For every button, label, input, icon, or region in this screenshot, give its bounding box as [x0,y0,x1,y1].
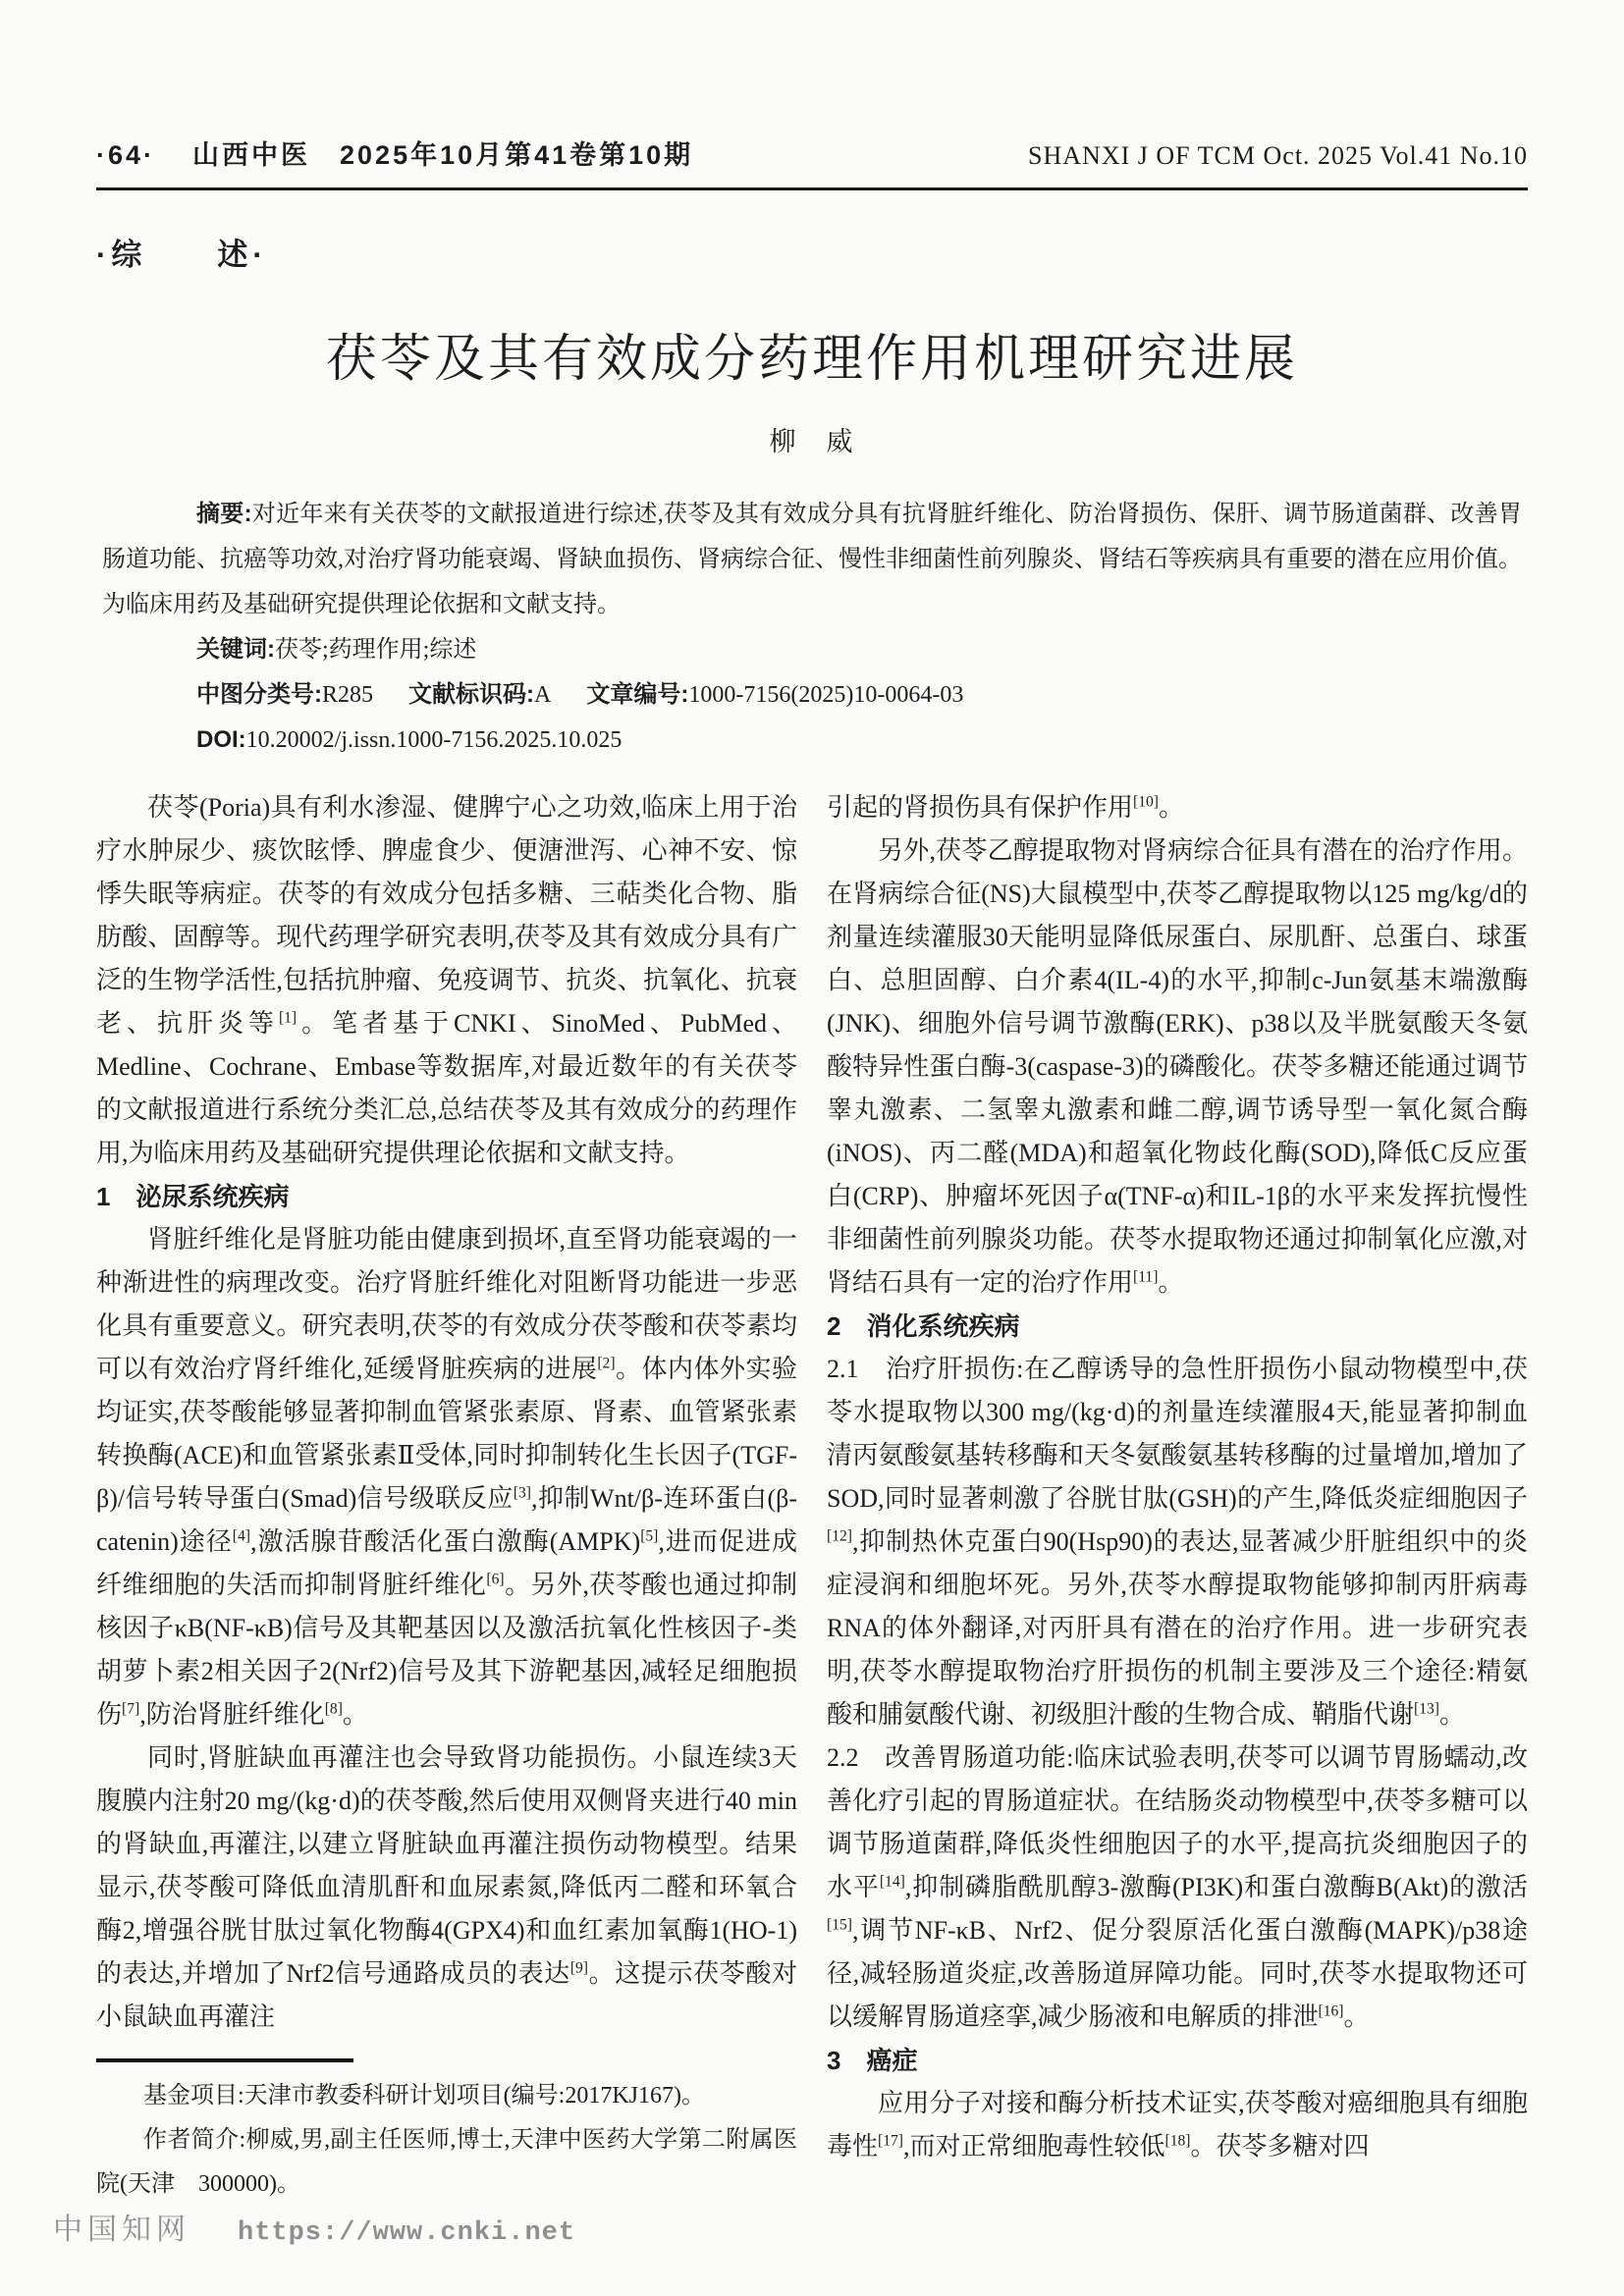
header-left: ·64· 山西中医 2025年10月第41卷第10期 [96,133,693,172]
clc-value: R285 [322,682,373,708]
doc-code-group: 文献标识码:A [408,682,551,708]
abstract-block: 摘要:对近年来有关茯苓的文献报道进行综述,茯苓及其有效成分具有抗肾脏纤维化、防治… [102,492,1522,627]
journal-title-cn: 山西中医 2025年10月第41卷第10期 [192,133,693,172]
fund-note: 基金项目:天津市教委科研计划项目(编号:2017KJ167)。 [96,2074,797,2118]
page-number: ·64· [96,140,155,171]
section-1-paragraph-2: 同时,肾脏缺血再灌注也会导致肾功能损伤。小鼠连续3天腹膜内注射20 mg/(kg… [96,1736,797,2039]
footnote-divider [96,2058,353,2062]
abstract-text: 对近年来有关茯苓的文献报道进行综述,茯苓及其有效成分具有抗肾脏纤维化、防治肾损伤… [102,502,1522,617]
cnki-footer: 中国知网 https://www.cnki.net [53,2205,575,2248]
article-body: 茯苓(Poria)具有利水渗湿、健脾宁心之功效,临床上用于治疗水肿尿少、痰饮眩悸… [96,786,1528,2207]
section-1-paragraph-3: 另外,茯苓乙醇提取物对肾病综合征具有潜在的治疗作用。在肾病综合征(NS)大鼠模型… [827,829,1528,1305]
article-id-label: 文章编号: [586,681,688,708]
keywords-value: 茯苓;药理作用;综述 [275,637,476,663]
author-name: 柳 威 [96,420,1528,458]
article-title: 茯苓及其有效成分药理作用机理研究进展 [96,317,1528,391]
keywords-label: 关键词: [196,636,275,663]
section-2-heading: 2 消化系统疾病 [827,1305,1528,1348]
left-column: 茯苓(Poria)具有利水渗湿、健脾宁心之功效,临床上用于治疗水肿尿少、痰饮眩悸… [96,786,797,2207]
article-id-group: 文章编号:1000-7156(2025)10-0064-03 [586,682,963,708]
page-header: ·64· 山西中医 2025年10月第41卷第10期 SHANXI J OF T… [96,0,1528,190]
right-column: 引起的肾损伤具有保护作用[10]。 另外,茯苓乙醇提取物对肾病综合征具有潜在的治… [827,786,1528,2207]
keywords-line: 关键词:茯苓;药理作用;综述 [102,627,1522,672]
continuation-paragraph: 引起的肾损伤具有保护作用[10]。 [827,786,1528,829]
intro-paragraph: 茯苓(Poria)具有利水渗湿、健脾宁心之功效,临床上用于治疗水肿尿少、痰饮眩悸… [96,786,797,1175]
front-matter: 摘要:对近年来有关茯苓的文献报道进行综述,茯苓及其有效成分具有抗肾脏纤维化、防治… [96,492,1528,763]
classification-line: 中图分类号:R285文献标识码:A文章编号:1000-7156(2025)10-… [102,672,1522,718]
cnki-url: https://www.cnki.net [238,2218,575,2248]
section-2-1-paragraph: 2.1 治疗肝损伤:在乙醇诱导的急性肝损伤小鼠动物模型中,茯苓水提取物以300 … [827,1348,1528,1736]
section-3-heading: 3 癌症 [827,2039,1528,2082]
footnote-block: 基金项目:天津市教委科研计划项目(编号:2017KJ167)。 作者简介:柳威,… [96,2074,797,2207]
clc-group: 中图分类号:R285 [196,682,373,708]
doi-line: DOI:10.20002/j.issn.1000-7156.2025.10.02… [102,718,1522,763]
author-bio-note: 作者简介:柳威,男,副主任医师,博士,天津中医药大学第二附属医院(天津 3000… [96,2118,797,2207]
doi-label: DOI: [196,726,246,753]
column-section-mark: ·综 述· [96,230,1528,274]
section-3-paragraph: 应用分子对接和酶分析技术证实,茯苓酸对癌细胞具有细胞毒性[17],而对正常细胞毒… [827,2082,1528,2168]
doc-code-value: A [534,682,551,708]
abstract-label: 摘要: [196,501,252,527]
section-2-2-paragraph: 2.2 改善胃肠道功能:临床试验表明,茯苓可以调节胃肠蠕动,改善化疗引起的胃肠道… [827,1736,1528,2039]
clc-label: 中图分类号: [196,681,322,708]
journal-title-en: SHANXI J OF TCM Oct. 2025 Vol.41 No.10 [1028,141,1528,171]
doi-value: 10.20002/j.issn.1000-7156.2025.10.025 [246,727,623,753]
cnki-site-name: 中国知网 [53,2205,190,2248]
doc-code-label: 文献标识码: [408,681,534,708]
journal-page: ·64· 山西中医 2025年10月第41卷第10期 SHANXI J OF T… [0,0,1624,2207]
section-1-heading: 1 泌尿系统疾病 [96,1175,797,1218]
section-1-paragraph-1: 肾脏纤维化是肾脏功能由健康到损坏,直至肾功能衰竭的一种渐进性的病理改变。治疗肾脏… [96,1218,797,1736]
article-id-value: 1000-7156(2025)10-0064-03 [688,682,963,708]
